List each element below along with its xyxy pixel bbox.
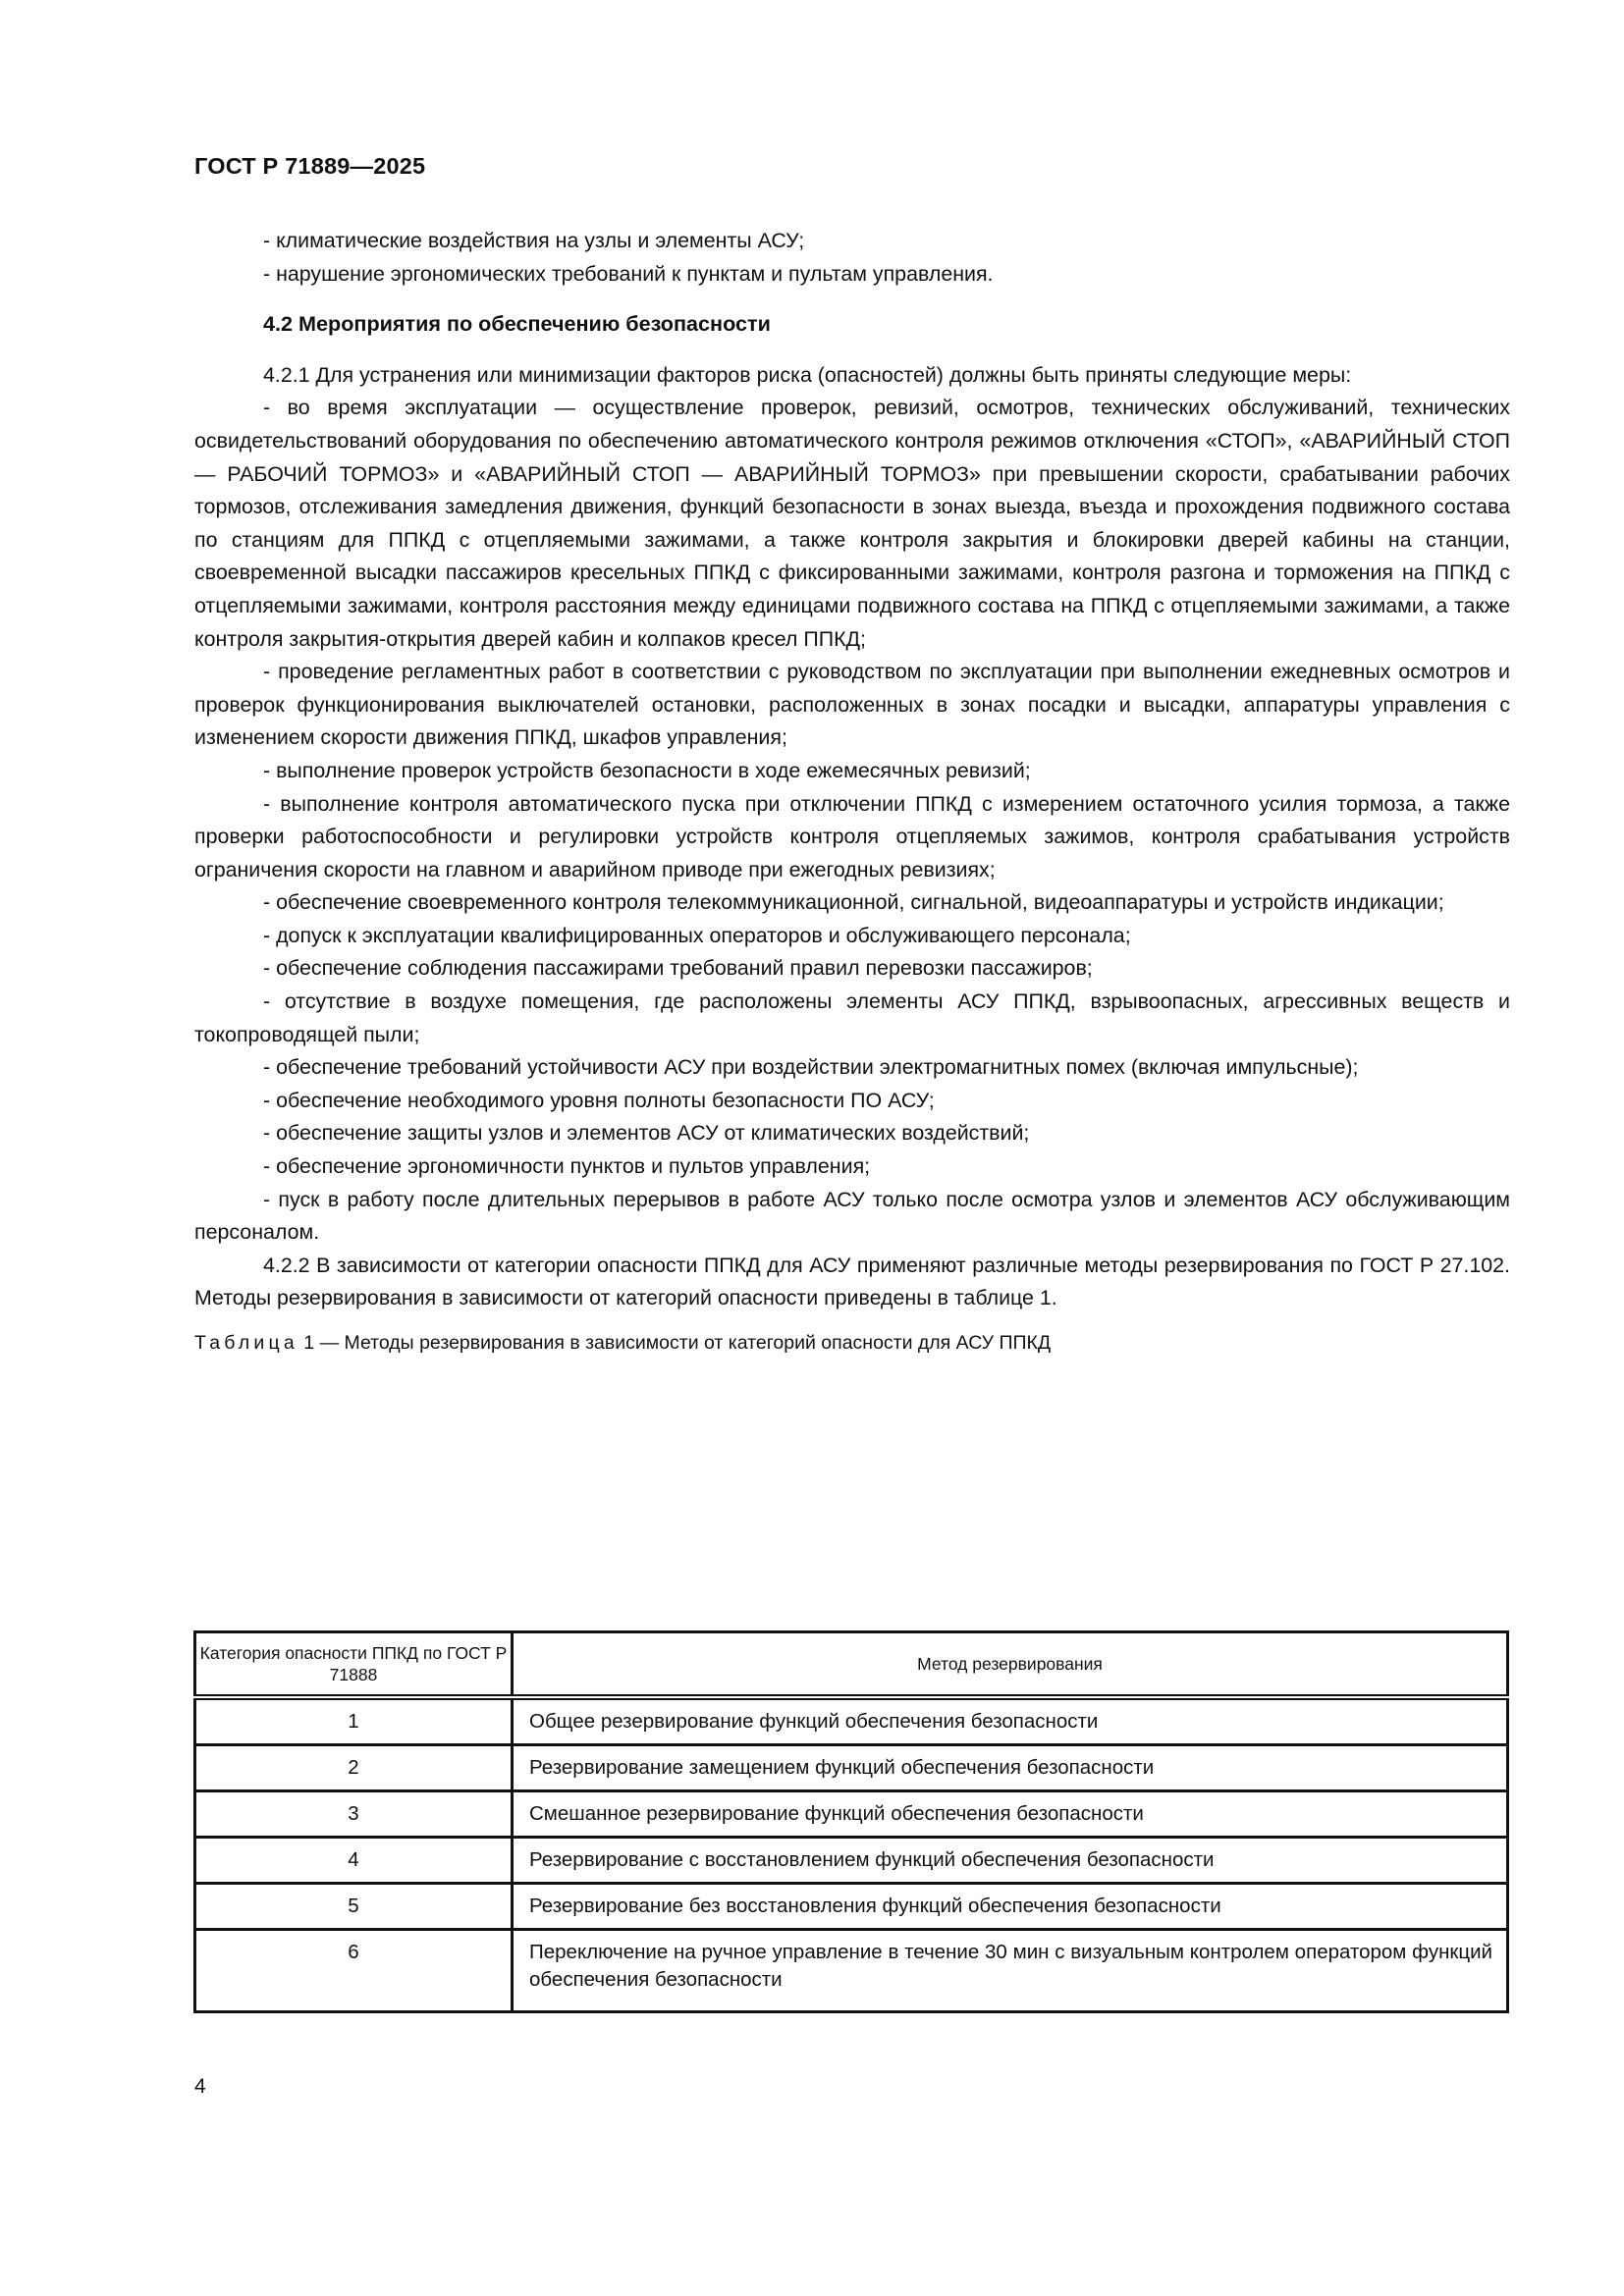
cell-category: 2 [195,1745,513,1791]
column-header-method: Метод резервирования [513,1632,1508,1698]
cell-method: Резервирование без восстановления функци… [513,1884,1508,1930]
table-row: 2 Резервирование замещением функций обес… [195,1745,1508,1791]
list-item: - обеспечение своевременного контроля те… [194,886,1510,920]
table-caption-text: — Методы резервирования в зависимости от… [320,1332,1052,1354]
paragraph-4-2-2: 4.2.2 В зависимости от категории опаснос… [194,1250,1510,1315]
list-item: - нарушение эргономических требований к … [194,258,1510,292]
document-header-standard-id: ГОСТ Р 71889—2025 [194,153,425,180]
list-item: - обеспечение эргономичности пунктов и п… [194,1150,1510,1184]
table-caption-number: 1 [303,1332,314,1354]
list-item: - обеспечение защиты узлов и элементов А… [194,1117,1510,1150]
redundancy-methods-table: Категория опасности ППКД по ГОСТ Р 71888… [193,1630,1509,2013]
table-row: 4 Резервирование с восстановлением функц… [195,1838,1508,1884]
table-row: 6 Переключение на ручное управление в те… [195,1930,1508,2012]
cell-method: Резервирование замещением функций обеспе… [513,1745,1508,1791]
column-header-category: Категория опасности ППКД по ГОСТ Р 71888 [195,1632,513,1698]
paragraph-4-2-1: 4.2.1 Для устранения или минимизации фак… [194,359,1510,393]
list-item: - выполнение контроля автоматического пу… [194,788,1510,887]
list-item: - во время эксплуатации — осуществление … [194,392,1510,656]
list-item: - обеспечение соблюдения пассажирами тре… [194,952,1510,986]
table-caption-label: Таблица [194,1332,298,1354]
list-item: - отсутствие в воздухе помещения, где ра… [194,986,1510,1051]
list-item: - допуск к эксплуатации квалифицированны… [194,920,1510,953]
cell-category: 1 [195,1697,513,1745]
cell-category: 4 [195,1838,513,1884]
cell-method: Общее резервирование функций обеспечения… [513,1697,1508,1745]
table-row: 3 Смешанное резервирование функций обесп… [195,1791,1508,1838]
cell-method: Смешанное резервирование функций обеспеч… [513,1791,1508,1838]
list-item: - пуск в работу после длительных перерыв… [194,1184,1510,1250]
document-body: - климатические воздействия на узлы и эл… [194,225,1510,1358]
list-item: - обеспечение требований устойчивости АС… [194,1051,1510,1085]
list-item: - климатические воздействия на узлы и эл… [194,225,1510,258]
table-row: 5 Резервирование без восстановления функ… [195,1884,1508,1930]
cell-method: Переключение на ручное управление в тече… [513,1930,1508,2012]
list-item: - выполнение проверок устройств безопасн… [194,755,1510,788]
cell-category: 6 [195,1930,513,2012]
section-heading: 4.2 Мероприятия по обеспечению безопасно… [194,307,1510,341]
cell-method: Резервирование с восстановлением функций… [513,1838,1508,1884]
table-caption: Таблица 1 — Методы резервирования в зави… [194,1328,1510,1358]
cell-category: 3 [195,1791,513,1838]
table-header-row: Категория опасности ППКД по ГОСТ Р 71888… [195,1632,1508,1698]
table-row: 1 Общее резервирование функций обеспечен… [195,1697,1508,1745]
cell-category: 5 [195,1884,513,1930]
list-item: - проведение регламентных работ в соотве… [194,656,1510,755]
page-number: 4 [194,2075,206,2099]
list-item: - обеспечение необходимого уровня полнот… [194,1085,1510,1118]
